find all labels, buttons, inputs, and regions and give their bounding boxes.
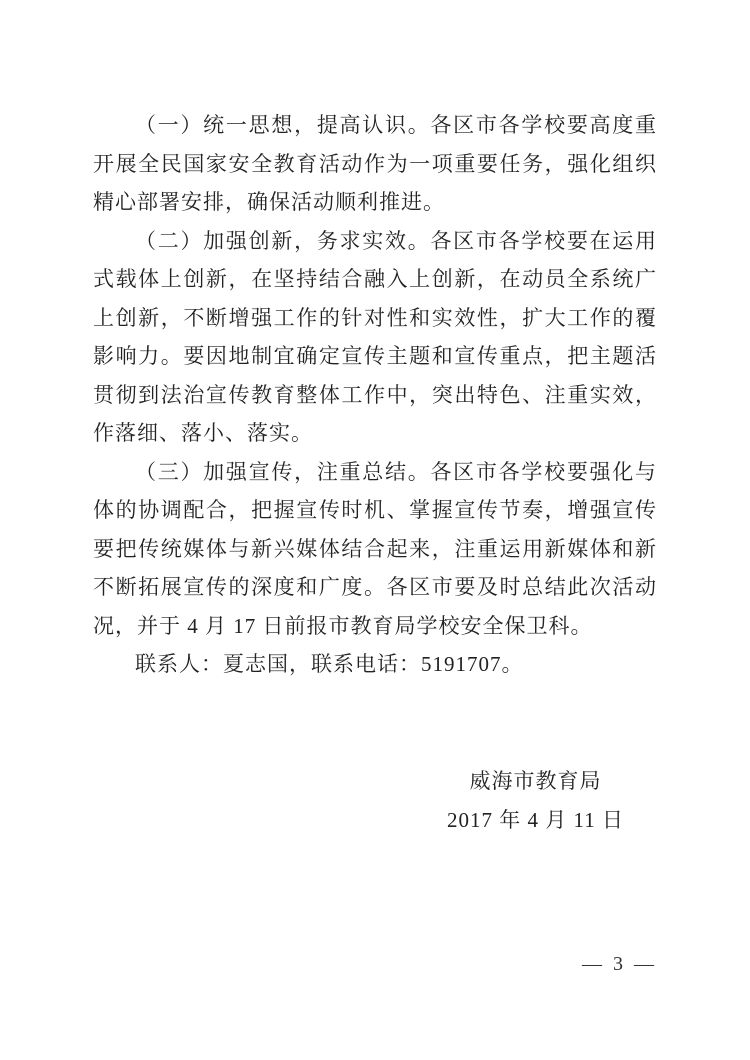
paragraph: （三）加强宣传，注重总结。各区市各学校要强化与新闻媒体的协调配合，把握宣传时机、… <box>93 453 657 646</box>
body-line: 作落细、落小、落实。 <box>93 414 657 453</box>
body-line: 精心部署安排，确保活动顺利推进。 <box>93 183 657 222</box>
signature-date: 2017 年 4 月 11 日 <box>393 801 678 840</box>
body-line: 开展全民国家安全教育活动作为一项重要任务，强化组织领导， <box>93 145 657 184</box>
body-line: 式载体上创新，在坚持结合融入上创新，在动员全系统广泛参与 <box>93 260 657 299</box>
paragraph: （二）加强创新，务求实效。各区市各学校要在运用方法形式载体上创新，在坚持结合融入… <box>93 222 657 453</box>
body-line: 影响力。要因地制宜确定宣传主题和宣传重点，把主题活动有机 <box>93 337 657 376</box>
signature-org: 威海市教育局 <box>393 762 678 801</box>
document-page: （一）统一思想，提高认识。各区市各学校要高度重视，把开展全民国家安全教育活动作为… <box>0 0 750 1060</box>
body-line: 况，并于 4 月 17 日前报市教育局学校安全保卫科。 <box>93 607 657 646</box>
paragraph: 联系人：夏志国，联系电话：5191707。 <box>93 645 657 684</box>
body-line: 要把传统媒体与新兴媒体结合起来，注重运用新媒体和新技术， <box>93 530 657 569</box>
body-line: 不断拓展宣传的深度和广度。各区市要及时总结此次活动开展情 <box>93 568 657 607</box>
body-line: 联系人：夏志国，联系电话：5191707。 <box>93 645 657 684</box>
paragraph: （一）统一思想，提高认识。各区市各学校要高度重视，把开展全民国家安全教育活动作为… <box>93 106 657 222</box>
body-line: 体的协调配合，把握宣传时机、掌握宣传节奏，增强宣传效果。 <box>93 491 657 530</box>
signature-block: 威海市教育局 2017 年 4 月 11 日 <box>393 762 678 839</box>
body-line: （一）统一思想，提高认识。各区市各学校要高度重视，把 <box>93 106 657 145</box>
document-body: （一）统一思想，提高认识。各区市各学校要高度重视，把开展全民国家安全教育活动作为… <box>93 106 657 684</box>
body-line: 贯彻到法治宣传教育整体工作中，突出特色、注重实效，推动工 <box>93 376 657 415</box>
body-line: （二）加强创新，务求实效。各区市各学校要在运用方法形 <box>93 222 657 261</box>
body-line: （三）加强宣传，注重总结。各区市各学校要强化与新闻媒 <box>93 453 657 492</box>
page-number: — 3 — <box>582 953 657 976</box>
body-line: 上创新，不断增强工作的针对性和实效性，扩大工作的覆盖面和 <box>93 299 657 338</box>
